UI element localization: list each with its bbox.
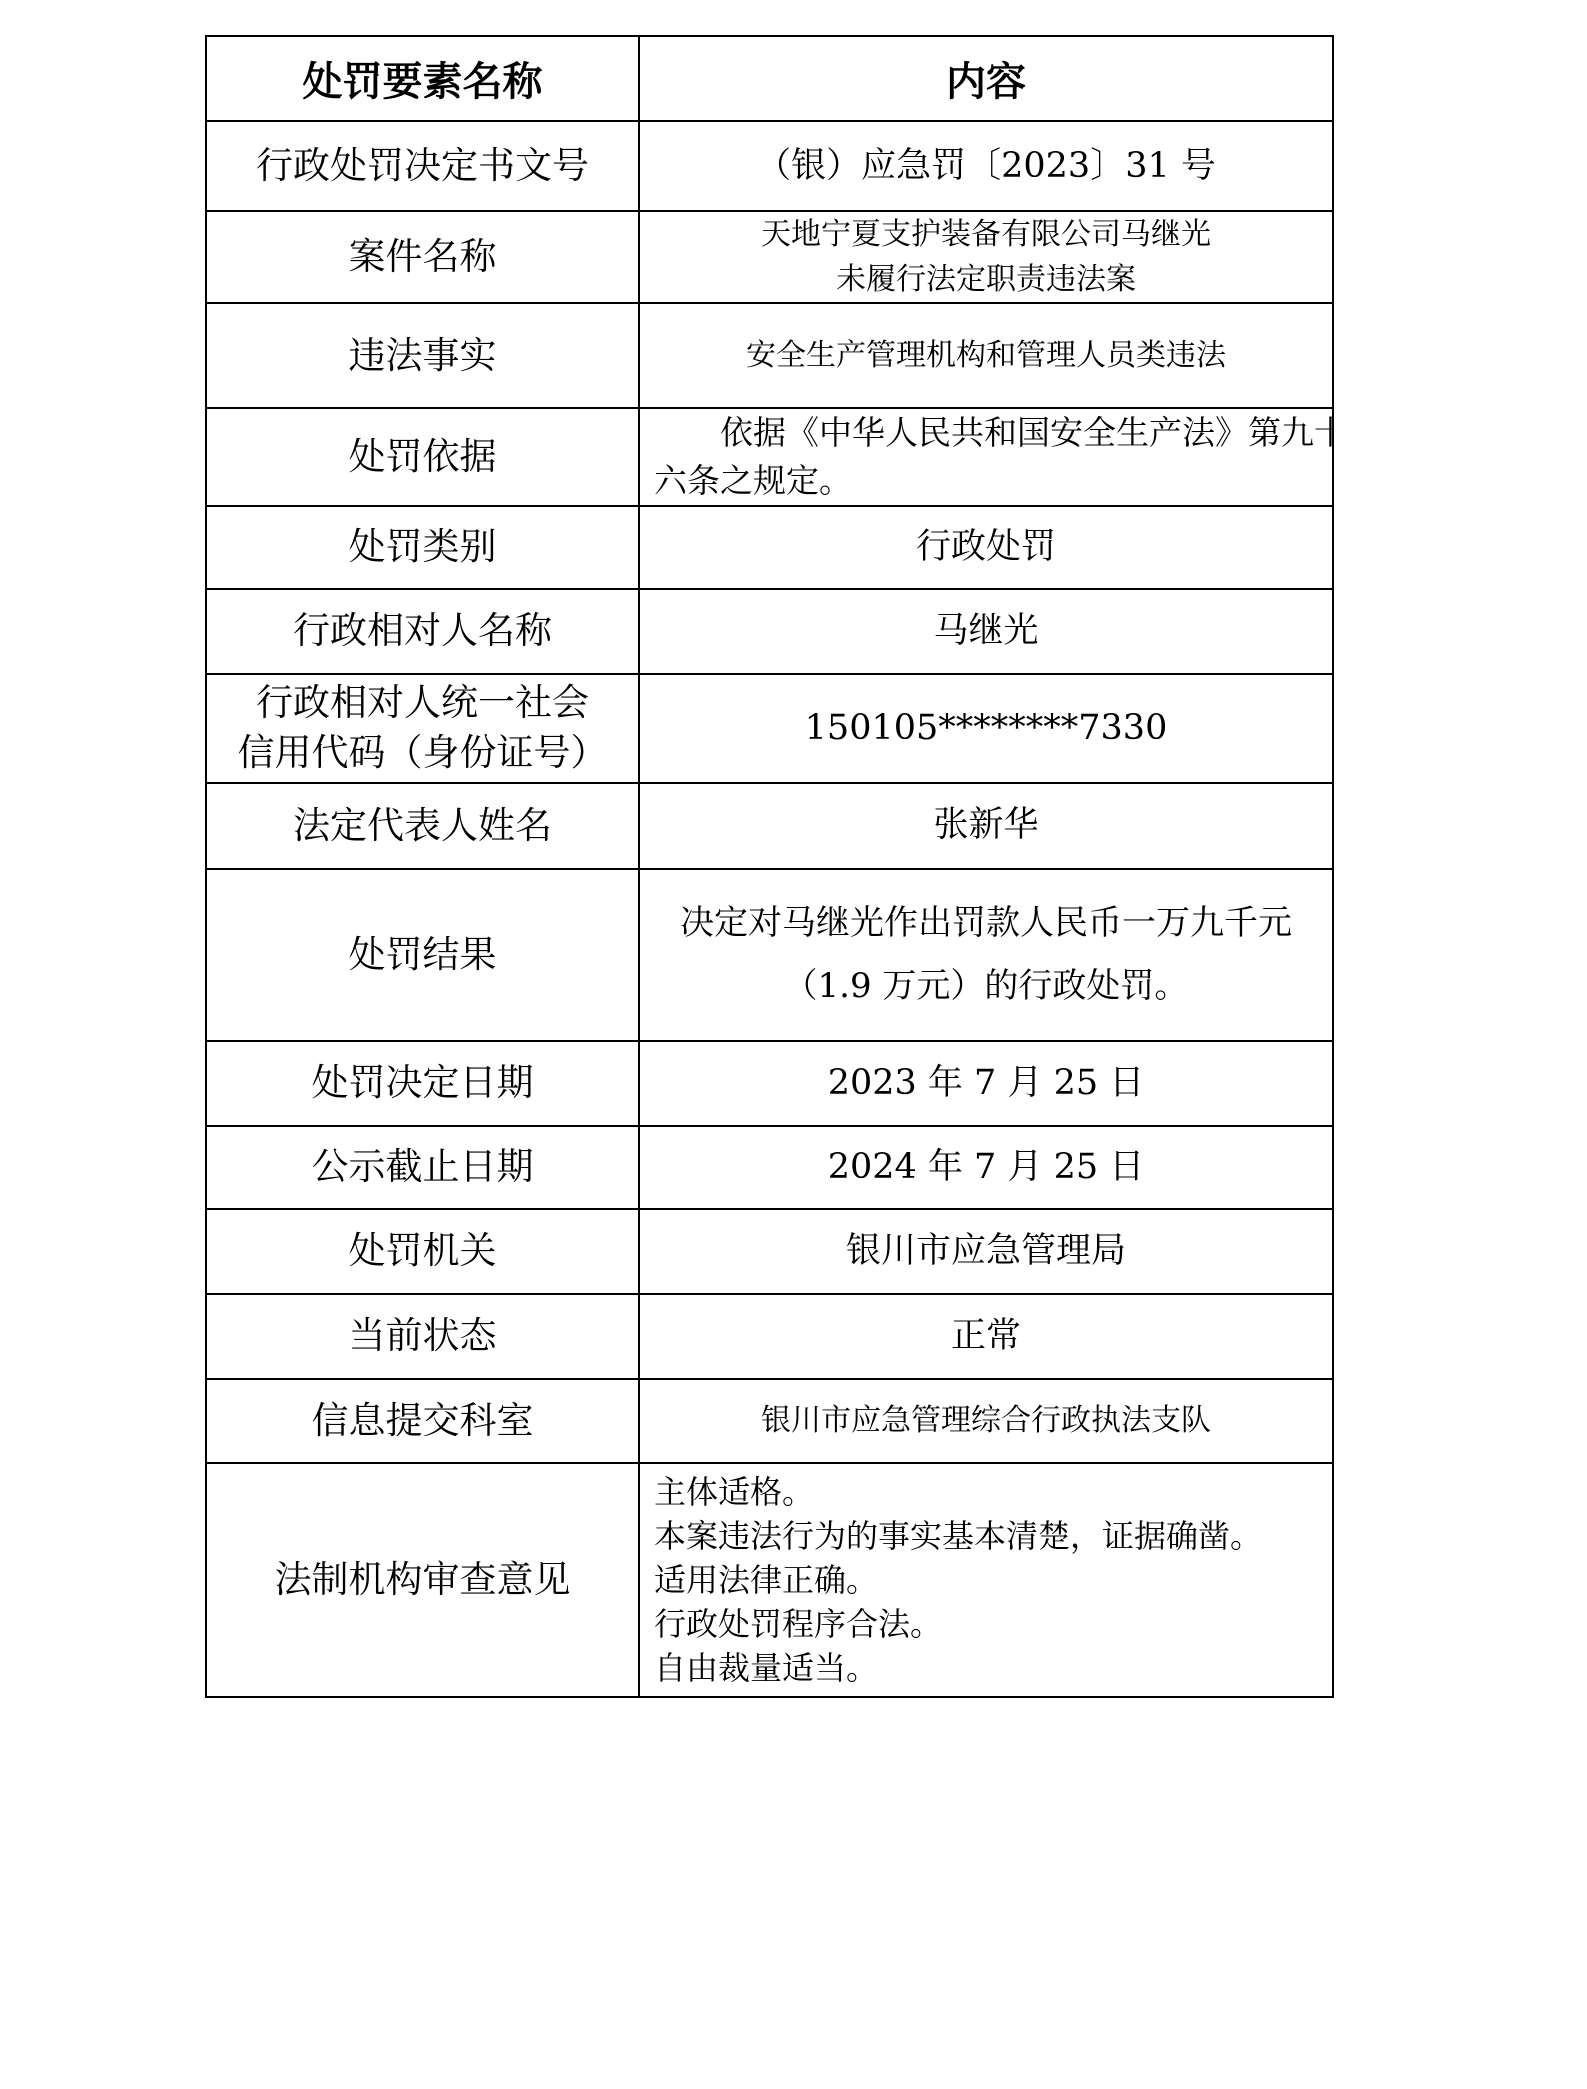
- row-content-decision-date: 2023 年 7 月 25 日: [639, 1041, 1333, 1126]
- case-name-line-1: 天地宁夏支护装备有限公司马继光: [640, 212, 1332, 257]
- table-row: 案件名称 天地宁夏支护装备有限公司马继光 未履行法定职责违法案: [206, 211, 1333, 303]
- row-label-current-status: 当前状态: [206, 1294, 639, 1379]
- row-label-case-name: 案件名称: [206, 211, 639, 303]
- row-label-illegal-facts: 违法事实: [206, 303, 639, 408]
- row-label-decision-doc-number: 行政处罚决定书文号: [206, 121, 639, 211]
- header-cell-element-name: 处罚要素名称: [206, 36, 639, 121]
- row-content-current-status: 正常: [639, 1294, 1333, 1379]
- case-name-line-2: 未履行法定职责违法案: [640, 257, 1332, 302]
- row-content-publicity-end-date: 2024 年 7 月 25 日: [639, 1126, 1333, 1209]
- table-row: 行政处罚决定书文号 （银）应急罚〔2023〕31 号: [206, 121, 1333, 211]
- row-label-submitting-department: 信息提交科室: [206, 1379, 639, 1463]
- penalty-basis-line-1: 依据《中华人民共和国安全生产法》第九十: [654, 409, 1318, 457]
- review-opinion-line-4: 行政处罚程序合法。: [654, 1602, 1318, 1646]
- table-row: 处罚依据 依据《中华人民共和国安全生产法》第九十 六条之规定。: [206, 408, 1333, 506]
- row-content-penalty-authority: 银川市应急管理局: [639, 1209, 1333, 1294]
- credit-code-label-line-2: 信用代码（身份证号）: [207, 728, 638, 778]
- row-content-credit-code: 150105********7330: [639, 674, 1333, 783]
- row-content-case-name: 天地宁夏支护装备有限公司马继光 未履行法定职责违法案: [639, 211, 1333, 303]
- row-label-legal-representative: 法定代表人姓名: [206, 783, 639, 869]
- row-content-penalty-category: 行政处罚: [639, 506, 1333, 589]
- row-label-penalty-basis: 处罚依据: [206, 408, 639, 506]
- table-row: 行政相对人统一社会 信用代码（身份证号） 150105********7330: [206, 674, 1333, 783]
- penalty-result-line-2: （1.9 万元）的行政处罚。: [640, 955, 1332, 1018]
- table-row: 处罚类别 行政处罚: [206, 506, 1333, 589]
- row-label-penalty-authority: 处罚机关: [206, 1209, 639, 1294]
- row-content-party-name: 马继光: [639, 589, 1333, 674]
- row-label-publicity-end-date: 公示截止日期: [206, 1126, 639, 1209]
- table-row: 信息提交科室 银川市应急管理综合行政执法支队: [206, 1379, 1333, 1463]
- row-content-legal-representative: 张新华: [639, 783, 1333, 869]
- table-row: 违法事实 安全生产管理机构和管理人员类违法: [206, 303, 1333, 408]
- penalty-info-table: 处罚要素名称 内容 行政处罚决定书文号 （银）应急罚〔2023〕31 号 案件名…: [205, 35, 1334, 1698]
- review-opinion-line-3: 适用法律正确。: [654, 1558, 1318, 1602]
- penalty-result-line-1: 决定对马继光作出罚款人民币一万九千元: [640, 892, 1332, 955]
- row-content-penalty-basis: 依据《中华人民共和国安全生产法》第九十 六条之规定。: [639, 408, 1333, 506]
- table-row: 当前状态 正常: [206, 1294, 1333, 1379]
- row-content-decision-doc-number: （银）应急罚〔2023〕31 号: [639, 121, 1333, 211]
- header-row: 处罚要素名称 内容: [206, 36, 1333, 121]
- row-content-legal-review-opinion: 主体适格。 本案违法行为的事实基本清楚，证据确凿。 适用法律正确。 行政处罚程序…: [639, 1463, 1333, 1697]
- table-row: 行政相对人名称 马继光: [206, 589, 1333, 674]
- row-label-decision-date: 处罚决定日期: [206, 1041, 639, 1126]
- penalty-basis-line-2: 六条之规定。: [654, 457, 1318, 505]
- row-label-party-name: 行政相对人名称: [206, 589, 639, 674]
- table-row: 法定代表人姓名 张新华: [206, 783, 1333, 869]
- table-row: 法制机构审查意见 主体适格。 本案违法行为的事实基本清楚，证据确凿。 适用法律正…: [206, 1463, 1333, 1697]
- row-label-penalty-result: 处罚结果: [206, 869, 639, 1041]
- row-label-credit-code: 行政相对人统一社会 信用代码（身份证号）: [206, 674, 639, 783]
- review-opinion-line-5: 自由裁量适当。: [654, 1646, 1318, 1690]
- row-content-penalty-result: 决定对马继光作出罚款人民币一万九千元 （1.9 万元）的行政处罚。: [639, 869, 1333, 1041]
- table-row: 公示截止日期 2024 年 7 月 25 日: [206, 1126, 1333, 1209]
- row-label-penalty-category: 处罚类别: [206, 506, 639, 589]
- review-opinion-line-1: 主体适格。: [654, 1470, 1318, 1514]
- table-row: 处罚机关 银川市应急管理局: [206, 1209, 1333, 1294]
- review-opinion-line-2: 本案违法行为的事实基本清楚，证据确凿。: [654, 1514, 1318, 1558]
- scanned-penalty-document: { "table": { "header": { "col1": "处罚要素名称…: [0, 0, 1587, 2089]
- credit-code-label-line-1: 行政相对人统一社会: [207, 678, 638, 728]
- row-content-submitting-department: 银川市应急管理综合行政执法支队: [639, 1379, 1333, 1463]
- table-row: 处罚决定日期 2023 年 7 月 25 日: [206, 1041, 1333, 1126]
- row-content-illegal-facts: 安全生产管理机构和管理人员类违法: [639, 303, 1333, 408]
- table-row: 处罚结果 决定对马继光作出罚款人民币一万九千元 （1.9 万元）的行政处罚。: [206, 869, 1333, 1041]
- row-label-legal-review-opinion: 法制机构审查意见: [206, 1463, 639, 1697]
- header-cell-content: 内容: [639, 36, 1333, 121]
